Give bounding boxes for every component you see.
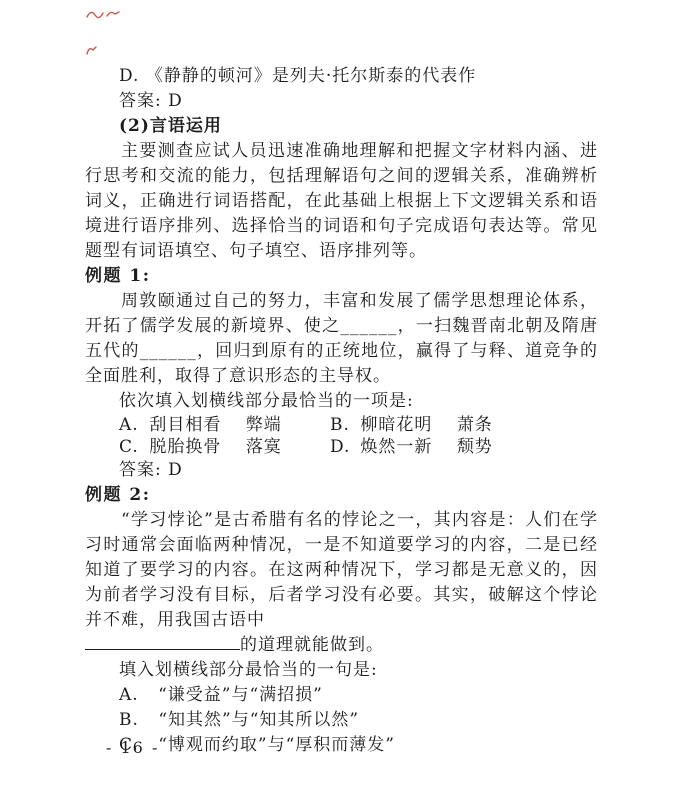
example1-options: A. 刮目相看 弊端 B. 柳暗花明 萧条 C. 脱胎换骨 落寞 D. 焕然一新… bbox=[85, 414, 598, 458]
option-letter: C. bbox=[119, 436, 143, 458]
section-heading: (2)言语运用 bbox=[85, 114, 598, 139]
red-ink-mark bbox=[85, 6, 121, 25]
example2-blank-line: 的道理就能做到。 bbox=[85, 633, 598, 658]
option-letter: A. bbox=[119, 414, 143, 436]
example2-option-b: B. “知其然”与“知其所以然” bbox=[85, 708, 598, 733]
example2-passage: “学习悖论”是古希腊有名的悖论之一，其内容是：人们在学习时通常会面临两种情况，一… bbox=[85, 508, 598, 633]
option-word1: 刮目相看 bbox=[149, 414, 239, 436]
page-content: D. 《静静的顿河》是列夫·托尔斯泰的代表作 答案: D (2)言语运用 主要测… bbox=[85, 64, 598, 758]
prev-question-option-d: D. 《静静的顿河》是列夫·托尔斯泰的代表作 bbox=[85, 64, 598, 89]
option-letter: B. bbox=[119, 708, 139, 733]
fill-in-blank-underline bbox=[85, 648, 240, 650]
option-word2: 落寞 bbox=[246, 437, 282, 457]
option-text: “知其然”与“知其所以然” bbox=[158, 710, 359, 730]
example1-answer: 答案: D bbox=[85, 458, 598, 483]
option-word2: 弊端 bbox=[246, 415, 282, 435]
option-d: D. 焕然一新 颓势 bbox=[330, 436, 598, 458]
example2-option-a: A. “谦受益”与“满招损” bbox=[85, 683, 598, 708]
red-ink-mark bbox=[84, 42, 98, 61]
option-letter: A. bbox=[119, 683, 139, 708]
example2-blank-suffix: 的道理就能做到。 bbox=[240, 635, 384, 655]
example1-heading: 例题 1: bbox=[85, 264, 598, 289]
option-c: C. 脱胎换骨 落寞 bbox=[119, 436, 330, 458]
example2-heading: 例题 2: bbox=[85, 483, 598, 508]
option-b: B. 柳暗花明 萧条 bbox=[330, 414, 598, 436]
page-number: - 16 - bbox=[106, 738, 159, 757]
example2-option-c: C. “博观而约取”与“厚积而薄发” bbox=[85, 733, 598, 758]
option-word1: 焕然一新 bbox=[360, 436, 450, 458]
example1-passage: 周敦颐通过自己的努力，丰富和发展了儒学思想理论体系，开拓了儒学发展的新境界、使之… bbox=[85, 289, 598, 389]
option-word2: 萧条 bbox=[457, 415, 493, 435]
document-page: D. 《静静的顿河》是列夫·托尔斯泰的代表作 答案: D (2)言语运用 主要测… bbox=[0, 0, 681, 799]
section-intro-paragraph: 主要测查应试人员迅速准确地理解和把握文字材料内涵、进行思考和交流的能力，包括理解… bbox=[85, 139, 598, 264]
option-text: “谦受益”与“满招损” bbox=[158, 685, 323, 705]
example2-prompt: 填入划横线部分最恰当的一句是: bbox=[85, 658, 598, 683]
option-letter: D. bbox=[330, 436, 354, 458]
option-word1: 脱胎换骨 bbox=[149, 436, 239, 458]
option-word1: 柳暗花明 bbox=[360, 414, 450, 436]
example1-prompt: 依次填入划横线部分最恰当的一项是: bbox=[85, 389, 598, 414]
prev-question-answer: 答案: D bbox=[85, 89, 598, 114]
option-letter: B. bbox=[330, 414, 354, 436]
option-text: “博观而约取”与“厚积而薄发” bbox=[158, 735, 395, 755]
option-a: A. 刮目相看 弊端 bbox=[119, 414, 330, 436]
option-word2: 颓势 bbox=[457, 437, 493, 457]
